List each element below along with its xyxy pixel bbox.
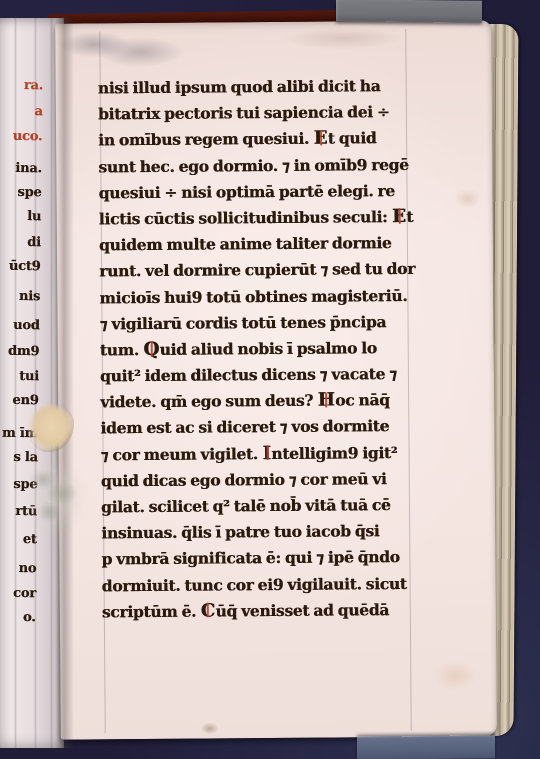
rubricated-initial: H [317,390,335,411]
text-segment: dormiuit. tunc cor ei9 vigilauit. sicut [102,574,407,595]
text-segment: quit² idem dilectus dicens ⁊ vacate ⁊ [100,364,397,385]
margin-fragment: ina. [15,161,42,176]
text-line: in omībus regem quesiui. Et quid [98,125,428,154]
smudge [97,37,183,68]
text-segment: ntelligim9 igit² [271,443,397,463]
rubricated-initial: Q [143,339,160,360]
text-segment: uid aliud nobis ī psalmo lo [159,338,376,359]
text-line: nisi illud ipsum quod alibi dicit ha [98,73,428,102]
margin-fragment: uco. [13,129,43,144]
margin-fragment: lu [27,209,41,224]
text-segment: p vmbrā significata ē: qui ⁊ ipē q̄ndo [101,547,399,568]
text-line: ⁊ cor meum vigilet. Intelligim9 igit² [100,439,430,468]
photo-stage: ra.auco.ina.speludiūct9nisuoddm9tuien9m … [0,0,540,759]
text-segment: t quid [328,129,377,148]
gutter-shadow [56,18,74,748]
floral-offset-ghost [24,452,88,544]
page-crease [50,18,53,748]
margin-fragment: di [27,235,41,250]
foxing-stain [201,722,219,734]
margin-fragment: spe [17,185,41,200]
margin-fragment: ra. [24,78,43,93]
foxing-stain [432,660,478,690]
rubricated-initial: C [200,600,215,621]
text-line: quesiui ÷ nisi optimā partē elegi. re [98,178,428,207]
margin-fragment: ūct9 [9,259,41,274]
text-line: p vmbrā significata ē: qui ⁊ ipē q̄ndo [101,544,431,573]
rubricated-initial: E [391,206,406,227]
text-line: quit² idem dilectus dicens ⁊ vacate ⁊ [100,361,430,390]
rubricated-initial: I [262,443,271,464]
margin-fragment: tui [19,369,39,384]
text-segment: nisi illud ipsum quod alibi dicit ha [98,76,381,97]
foxing-stain [455,188,481,208]
smudge [283,27,403,50]
text-segment: lictis cūctis sollicitudinibus seculi: [99,207,392,228]
text-line: lictis cūctis sollicitudinibus seculi: E… [99,204,429,233]
text-line: sunt hec. ego dormio. ⁊ in omīb9 regē [98,151,428,180]
text-segment: quidem multe anime taliter dormie [99,233,392,254]
text-segment: in omībus regem quesiui. [98,129,313,150]
text-segment: tum. [100,340,143,359]
text-line: tum. Quid aliud nobis ī psalmo lo [100,335,430,364]
text-segment: ⁊ cor meum vigilet. [101,444,262,464]
manuscript-page: nisi illud ipsum quod alibi dicit habita… [55,20,497,739]
text-line: quid dicas ego dormio ⁊ cor meū vi [101,466,431,495]
text-line: quidem multe anime taliter dormie [99,230,429,259]
text-segment: micioīs hui9 totū obtines magisteriū. [99,285,407,306]
text-segment: t [406,207,413,226]
margin-fragment: dm9 [8,344,40,359]
text-line: runt. vel dormire cupierūt ⁊ sed tu dor [99,256,429,285]
text-line: idem est ac si diceret ⁊ vos dormite [100,413,430,442]
text-segment: videte. qm̄ ego sum deus? [100,391,317,412]
margin-fragment: cor [13,586,36,601]
text-block: nisi illud ipsum quod alibi dicit habita… [98,73,432,626]
text-segment: scriptūm ē. [102,601,200,621]
text-segment: ⁊ vigiliarū cordis totū tenes p̄ncipa [99,312,386,333]
text-line: gilat. scilicet q² talē nob̄ vitā tuā cē [101,492,431,521]
text-line: bitatrix pectoris tui sapiencia dei ÷ [98,99,428,128]
text-segment: bitatrix pectoris tui sapiencia dei ÷ [98,102,390,123]
text-line: insinuas. q̄lis ī patre tuo iacob q̄si [101,518,431,547]
text-line: micioīs hui9 totū obtines magisteriū. [99,282,429,311]
text-segment: oc nāq̄ [335,390,390,409]
text-segment: insinuas. q̄lis ī patre tuo iacob q̄si [101,521,379,542]
text-segment: quesiui ÷ nisi optimā partē elegi. re [98,181,394,202]
text-line: dormiuit. tunc cor ei9 vigilauit. sicut [102,570,432,599]
text-segment: ūq̄ venisset ad quēdā [215,600,389,620]
text-line: ⁊ vigiliarū cordis totū tenes p̄ncipa [99,308,429,337]
text-segment: sunt hec. ego dormio. ⁊ in omīb9 regē [98,155,408,176]
text-segment: quid dicas ego dormio ⁊ cor meū vi [101,469,387,490]
rubricated-initial: E [313,128,328,149]
text-segment: gilat. scilicet q² talē nob̄ vitā tuā cē [101,495,391,516]
text-segment: idem est ac si diceret ⁊ vos dormite [100,417,389,438]
text-line: scriptūm ē. Cūq̄ venisset ad quēdā [102,597,432,626]
text-line: videte. qm̄ ego sum deus? Hoc nāq̄ [100,387,430,416]
margin-fragment: a [34,104,42,119]
text-segment: runt. vel dormire cupierūt ⁊ sed tu dor [99,259,415,280]
margin-fragment: nis [19,289,40,304]
top-clip [336,0,482,23]
margin-fragment: o. [23,610,36,625]
margin-fragment: uod [13,318,40,333]
bottom-clip [357,735,495,759]
margin-fragment: no [18,561,36,576]
